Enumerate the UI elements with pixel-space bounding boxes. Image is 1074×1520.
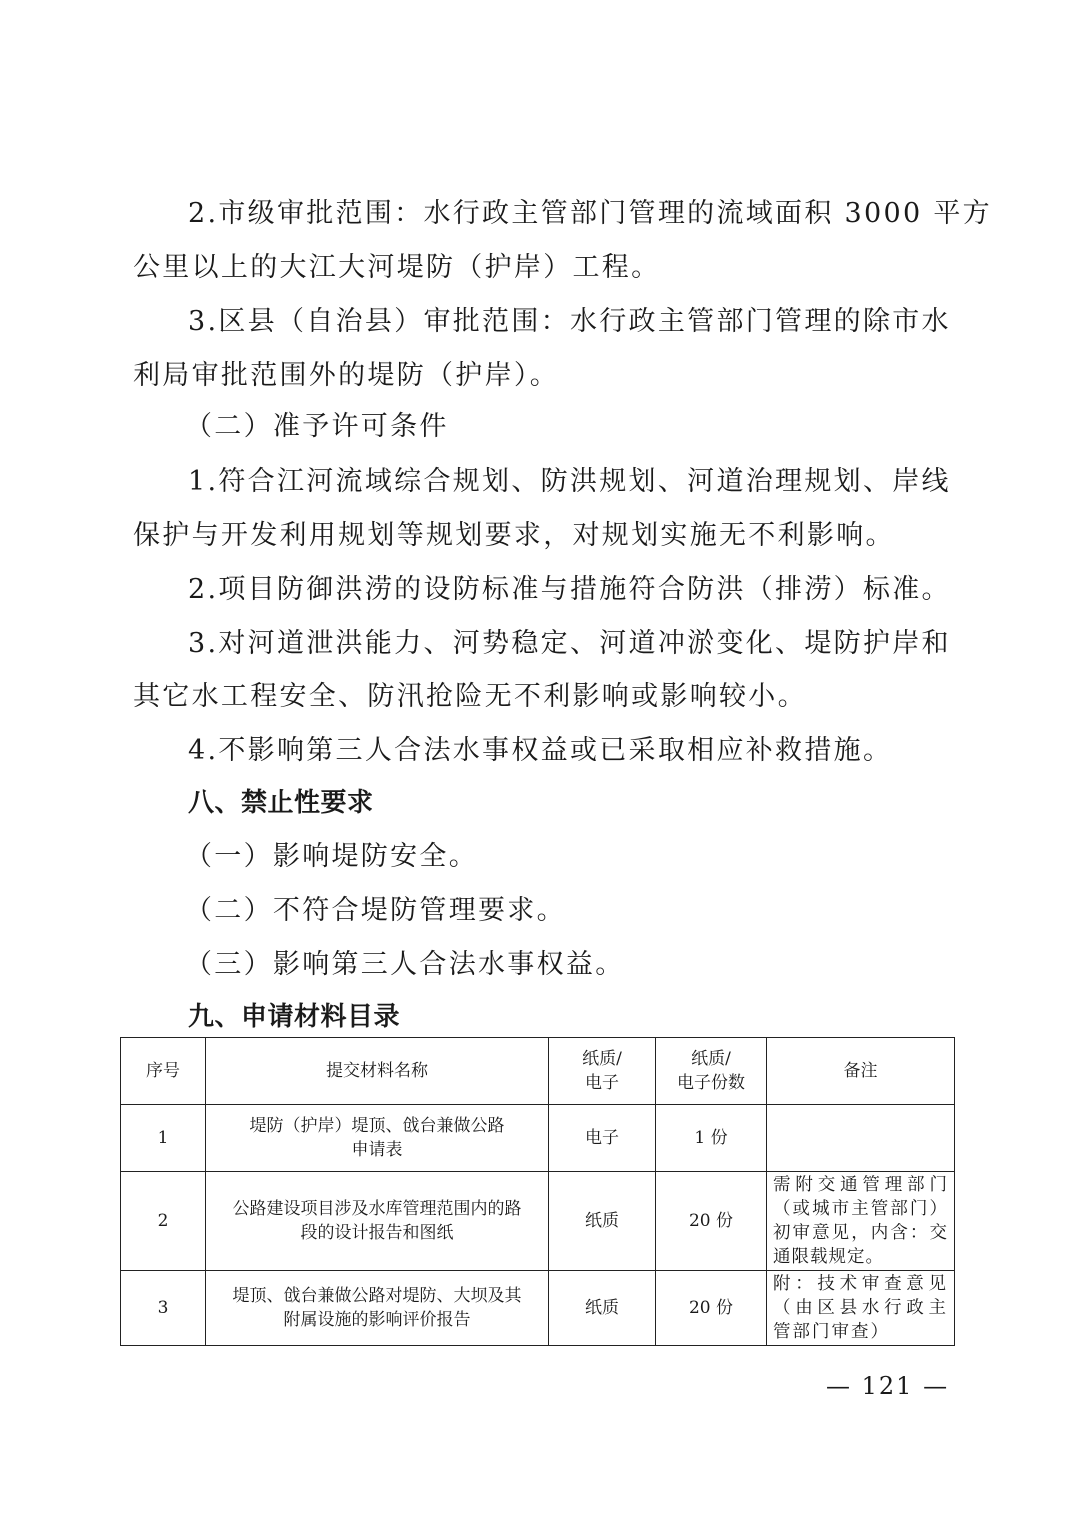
- cell-name: 堤顶、戗台兼做公路对堤防、大坝及其 附属设施的影响评价报告: [206, 1271, 549, 1346]
- condition-4-line-1: 4.不影响第三人合法水事权益或已采取相应补救措施。: [188, 734, 945, 768]
- cell-note: [767, 1105, 955, 1172]
- cell-type: 纸质: [549, 1172, 656, 1271]
- cell-name-line-2: 附属设施的影响评价报告: [212, 1308, 542, 1332]
- scope-item-2-line-2: 公里以上的大江大河堤防（护岸）工程。: [133, 251, 945, 285]
- cell-note-line: 需附交通管理部门: [773, 1173, 948, 1197]
- materials-table: 序号 提交材料名称 纸质/ 电子 纸质/ 电子份数 备注 1 堤防（护岸）堤顶、…: [120, 1037, 955, 1346]
- cell-note-line: 附：技术审查意见: [773, 1272, 948, 1296]
- cell-note-line: （由区县水行政主: [773, 1296, 948, 1320]
- cell-note-line: 通限载规定。: [773, 1245, 948, 1269]
- cell-no: 1: [121, 1105, 206, 1172]
- header-count-line-1: 纸质/: [662, 1047, 760, 1071]
- condition-3-line-1: 3.对河道泄洪能力、河势稳定、河道冲淤变化、堤防护岸和: [188, 627, 945, 661]
- cell-note-line: 初审意见，内含：交: [773, 1221, 948, 1245]
- prohibition-item-3: （三）影响第三人合法水事权益。: [185, 948, 997, 982]
- cell-name-line-1: 公路建设项目涉及水库管理范围内的路: [212, 1197, 542, 1221]
- cell-count: 20 份: [656, 1271, 767, 1346]
- cell-name-line-2: 申请表: [212, 1138, 542, 1162]
- scope-item-3-line-1: 3.区县（自治县）审批范围：水行政主管部门管理的除市水: [188, 305, 945, 339]
- header-note: 备注: [767, 1038, 955, 1105]
- cell-count: 1 份: [656, 1105, 767, 1172]
- cell-no: 2: [121, 1172, 206, 1271]
- cell-name-line-2: 段的设计报告和图纸: [212, 1221, 542, 1245]
- scope-item-3-line-2: 利局审批范围外的堤防（护岸）。: [133, 359, 945, 393]
- section-9-heading: 九、申请材料目录: [188, 1000, 400, 1034]
- header-count: 纸质/ 电子份数: [656, 1038, 767, 1105]
- cell-type: 纸质: [549, 1271, 656, 1346]
- header-type: 纸质/ 电子: [549, 1038, 656, 1105]
- cell-type: 电子: [549, 1105, 656, 1172]
- cell-note: 附：技术审查意见 （由区县水行政主 管部门审查）: [767, 1271, 955, 1346]
- cell-note: 需附交通管理部门 （或城市主管部门） 初审意见，内含：交 通限载规定。: [767, 1172, 955, 1271]
- document-page: 2.市级审批范围：水行政主管部门管理的流域面积 3000 平方 公里以上的大江大…: [0, 0, 1074, 1520]
- prohibition-item-1: （一）影响堤防安全。: [185, 840, 997, 874]
- condition-2-line-1: 2.项目防御洪涝的设防标准与措施符合防洪（排涝）标准。: [188, 573, 945, 607]
- page-number: — 121 —: [826, 1372, 949, 1400]
- scope-item-2-line-1: 2.市级审批范围：水行政主管部门管理的流域面积 3000 平方: [188, 197, 945, 231]
- cell-no: 3: [121, 1271, 206, 1346]
- header-type-line-1: 纸质/: [555, 1047, 649, 1071]
- condition-1-line-1: 1.符合江河流域综合规划、防洪规划、河道治理规划、岸线: [188, 465, 945, 499]
- cell-name: 堤防（护岸）堤顶、戗台兼做公路 申请表: [206, 1105, 549, 1172]
- condition-1-line-2: 保护与开发利用规划等规划要求，对规划实施无不利影响。: [133, 519, 945, 553]
- condition-3-line-2: 其它水工程安全、防汛抢险无不利影响或影响较小。: [133, 680, 945, 714]
- cell-note-line: （或城市主管部门）: [773, 1197, 948, 1221]
- section-8-heading: 八、禁止性要求: [188, 786, 374, 820]
- cell-name: 公路建设项目涉及水库管理范围内的路 段的设计报告和图纸: [206, 1172, 549, 1271]
- header-count-line-2: 电子份数: [662, 1071, 760, 1095]
- cell-name-line-1: 堤防（护岸）堤顶、戗台兼做公路: [212, 1114, 542, 1138]
- header-no: 序号: [121, 1038, 206, 1105]
- prohibition-item-2: （二）不符合堤防管理要求。: [185, 894, 997, 928]
- header-name: 提交材料名称: [206, 1038, 549, 1105]
- table-row: 3 堤顶、戗台兼做公路对堤防、大坝及其 附属设施的影响评价报告 纸质 20 份 …: [121, 1271, 955, 1346]
- table-header-row: 序号 提交材料名称 纸质/ 电子 纸质/ 电子份数 备注: [121, 1038, 955, 1105]
- cell-name-line-1: 堤顶、戗台兼做公路对堤防、大坝及其: [212, 1284, 542, 1308]
- cell-note-line: 管部门审查）: [773, 1320, 948, 1344]
- table-row: 1 堤防（护岸）堤顶、戗台兼做公路 申请表 电子 1 份: [121, 1105, 955, 1172]
- header-type-line-2: 电子: [555, 1071, 649, 1095]
- conditions-title: （二）准予许可条件: [185, 410, 997, 444]
- cell-count: 20 份: [656, 1172, 767, 1271]
- table-row: 2 公路建设项目涉及水库管理范围内的路 段的设计报告和图纸 纸质 20 份 需附…: [121, 1172, 955, 1271]
